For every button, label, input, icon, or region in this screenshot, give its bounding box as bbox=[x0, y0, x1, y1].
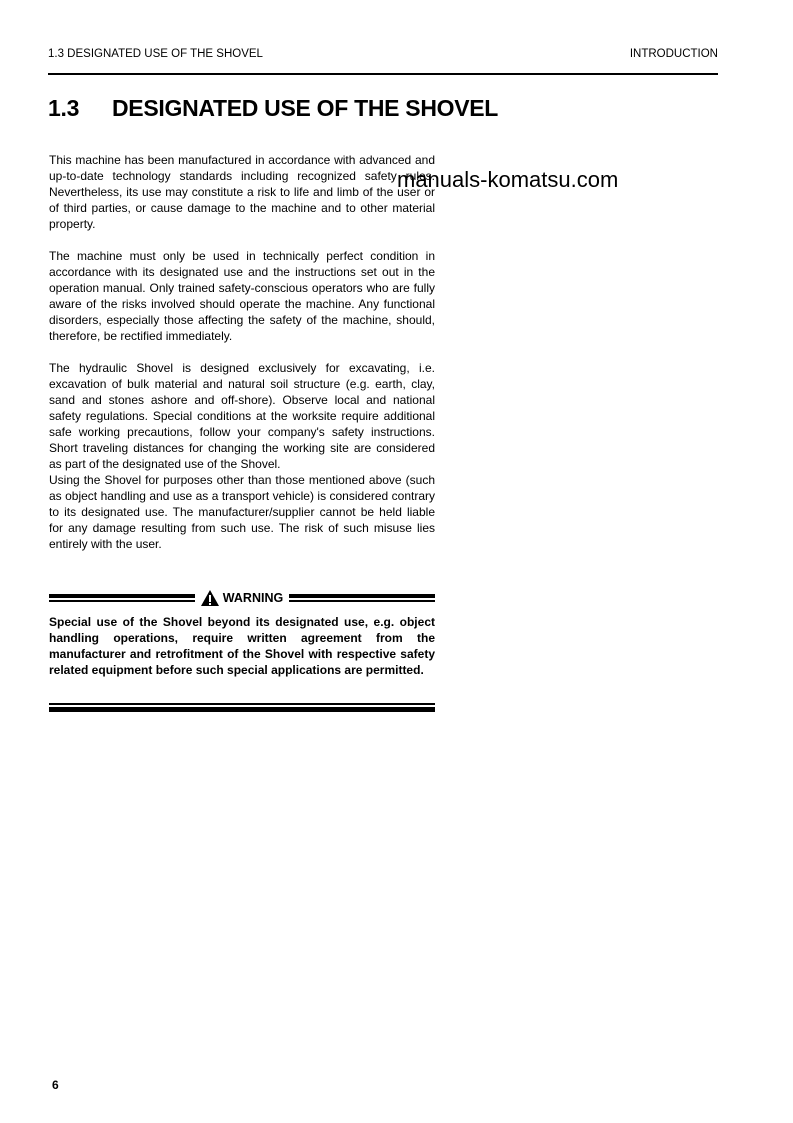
paragraph-misuse: Using the Shovel for purposes other than… bbox=[49, 472, 435, 552]
running-header-chapter: INTRODUCTION bbox=[630, 48, 718, 60]
warning-bottom-rule-thin bbox=[49, 703, 435, 705]
paragraph-condition: The machine must only be used in technic… bbox=[49, 248, 435, 344]
warning-bottom-rule-thick bbox=[49, 707, 435, 712]
warning-label: WARNING bbox=[195, 590, 289, 606]
paragraph-intro: This machine has been manufactured in ac… bbox=[49, 152, 435, 232]
warning-label-text: WARNING bbox=[223, 591, 283, 605]
body-text: This machine has been manufactured in ac… bbox=[49, 152, 435, 552]
warning-rule-left bbox=[49, 594, 195, 602]
paragraph-designated-use: The hydraulic Shovel is designed exclusi… bbox=[49, 360, 435, 472]
page-number: 6 bbox=[52, 1078, 59, 1092]
header-divider bbox=[48, 73, 718, 75]
section-number: 1.3 bbox=[48, 95, 112, 122]
watermark: manuals-komatsu.com bbox=[397, 167, 618, 193]
warning-rule-right bbox=[289, 594, 435, 602]
page-title: 1.3DESIGNATED USE OF THE SHOVEL bbox=[48, 95, 498, 122]
section-title: DESIGNATED USE OF THE SHOVEL bbox=[112, 95, 498, 121]
warning-header: WARNING bbox=[49, 590, 435, 606]
warning-triangle-icon bbox=[201, 590, 219, 606]
running-header-section: 1.3 DESIGNATED USE OF THE SHOVEL bbox=[48, 48, 263, 60]
warning-text: Special use of the Shovel beyond its des… bbox=[49, 614, 435, 678]
